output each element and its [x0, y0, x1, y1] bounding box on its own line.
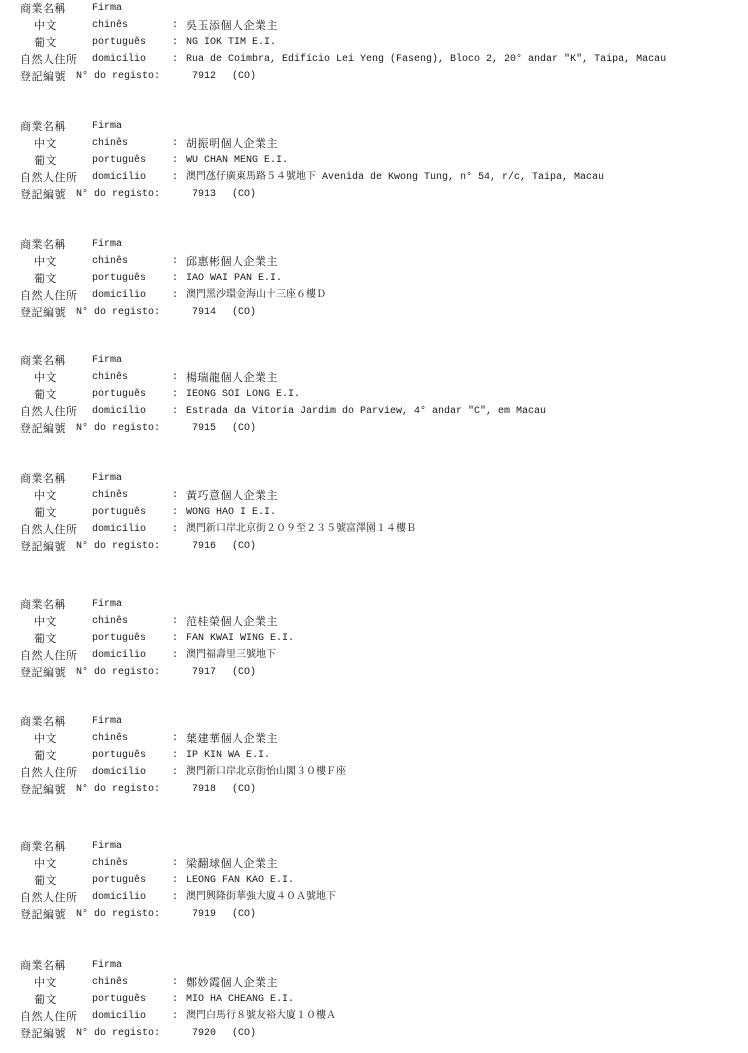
- domicile-label-pt: domicílio: [92, 169, 146, 186]
- chinese-label-pt: chinês: [92, 855, 128, 872]
- separator: :: [172, 974, 178, 991]
- registry-label-pt: N° do registo:: [76, 420, 160, 437]
- registry-tag: (CO): [232, 1025, 256, 1042]
- registry-row: 登記編號 N° do registo: 7914 (CO): [20, 304, 740, 321]
- registry-row: 登記編號 N° do registo: 7917 (CO): [20, 664, 740, 681]
- chinese-name-value: 梁翻球個人企業主: [186, 855, 278, 872]
- portuguese-label-pt: português: [92, 386, 146, 403]
- chinese-label-zh: 中文: [34, 855, 57, 872]
- separator: :: [172, 253, 178, 270]
- portuguese-label-zh: 葡文: [34, 270, 57, 287]
- chinese-name-row: 中文 chinês : 吳玉添個人企業主: [20, 17, 740, 34]
- portuguese-label-pt: português: [92, 152, 146, 169]
- registry-label-zh: 登記編號: [20, 420, 66, 437]
- domicile-label-zh: 自然人住所: [20, 1008, 78, 1025]
- registry-tag: (CO): [232, 420, 256, 437]
- registry-entry: 商業名稱 Firma 中文 chinês : 胡振明個人企業主 葡文 portu…: [20, 118, 740, 203]
- separator: :: [172, 1008, 178, 1025]
- registry-row: 登記編號 N° do registo: 7912 (CO): [20, 68, 740, 85]
- portuguese-name-row: 葡文 português : WU CHAN MENG E.I.: [20, 152, 740, 169]
- domicile-row: 自然人住所 domicílio : 澳門興隆街華強大廈４０Ａ號地下: [20, 889, 740, 906]
- chinese-name-row: 中文 chinês : 鄭妙霞個人企業主: [20, 974, 740, 991]
- separator: :: [172, 386, 178, 403]
- separator: :: [172, 169, 178, 186]
- registry-label-zh: 登記編號: [20, 304, 66, 321]
- domicile-label-zh: 自然人住所: [20, 403, 78, 420]
- portuguese-name-row: 葡文 português : FAN KWAI WING E.I.: [20, 630, 740, 647]
- registry-number: 7914: [192, 304, 216, 321]
- firm-label-pt: Firma: [92, 957, 122, 974]
- registry-entry: 商業名稱 Firma 中文 chinês : 楊瑞龍個人企業主 葡文 portu…: [20, 352, 740, 437]
- separator: :: [172, 152, 178, 169]
- firm-heading-row: 商業名稱 Firma: [20, 713, 740, 730]
- chinese-name-value: 鄭妙霞個人企業主: [186, 974, 278, 991]
- chinese-label-zh: 中文: [34, 487, 57, 504]
- registry-tag: (CO): [232, 906, 256, 923]
- registry-page: 商業名稱 Firma 中文 chinês : 吳玉添個人企業主 葡文 portu…: [0, 0, 748, 1053]
- firm-label-pt: Firma: [92, 838, 122, 855]
- registry-label-pt: N° do registo:: [76, 1025, 160, 1042]
- domicile-label-zh: 自然人住所: [20, 647, 78, 664]
- portuguese-name-value: WONG HAO I E.I.: [186, 504, 276, 521]
- domicile-row: 自然人住所 domicílio : 澳門福壽里三號地下: [20, 647, 740, 664]
- portuguese-name-value: IEONG SOI LONG E.I.: [186, 386, 300, 403]
- registry-entry: 商業名稱 Firma 中文 chinês : 黃巧意個人企業主 葡文 portu…: [20, 470, 740, 555]
- separator: :: [172, 613, 178, 630]
- firm-label-zh: 商業名稱: [20, 470, 66, 487]
- chinese-name-row: 中文 chinês : 黃巧意個人企業主: [20, 487, 740, 504]
- separator: :: [172, 991, 178, 1008]
- portuguese-name-value: IAO WAI PAN E.I.: [186, 270, 282, 287]
- firm-label-zh: 商業名稱: [20, 957, 66, 974]
- chinese-name-value: 范桂榮個人企業主: [186, 613, 278, 630]
- chinese-name-row: 中文 chinês : 楊瑞龍個人企業主: [20, 369, 740, 386]
- chinese-name-row: 中文 chinês : 葉建華個人企業主: [20, 730, 740, 747]
- portuguese-name-row: 葡文 português : MIO HA CHEANG E.I.: [20, 991, 740, 1008]
- portuguese-name-row: 葡文 português : IP KIN WA E.I.: [20, 747, 740, 764]
- domicile-label-zh: 自然人住所: [20, 169, 78, 186]
- registry-number: 7915: [192, 420, 216, 437]
- registry-row: 登記編號 N° do registo: 7913 (CO): [20, 186, 740, 203]
- registry-entry: 商業名稱 Firma 中文 chinês : 葉建華個人企業主 葡文 portu…: [20, 713, 740, 798]
- portuguese-label-zh: 葡文: [34, 504, 57, 521]
- portuguese-name-row: 葡文 português : IAO WAI PAN E.I.: [20, 270, 740, 287]
- portuguese-label-pt: português: [92, 630, 146, 647]
- portuguese-label-zh: 葡文: [34, 872, 57, 889]
- portuguese-label-pt: português: [92, 747, 146, 764]
- separator: :: [172, 855, 178, 872]
- registry-entry: 商業名稱 Firma 中文 chinês : 范桂榮個人企業主 葡文 portu…: [20, 596, 740, 681]
- domicile-label-pt: domicílio: [92, 287, 146, 304]
- domicile-value: 澳門黑沙環金海山十三座６樓Ｄ: [186, 287, 326, 304]
- separator: :: [172, 17, 178, 34]
- separator: :: [172, 647, 178, 664]
- registry-tag: (CO): [232, 68, 256, 85]
- chinese-name-row: 中文 chinês : 胡振明個人企業主: [20, 135, 740, 152]
- domicile-label-zh: 自然人住所: [20, 51, 78, 68]
- chinese-label-pt: chinês: [92, 369, 128, 386]
- chinese-label-zh: 中文: [34, 974, 57, 991]
- portuguese-name-value: IP KIN WA E.I.: [186, 747, 270, 764]
- registry-label-zh: 登記編號: [20, 664, 66, 681]
- separator: :: [172, 747, 178, 764]
- domicile-label-zh: 自然人住所: [20, 889, 78, 906]
- firm-label-pt: Firma: [92, 470, 122, 487]
- separator: :: [172, 521, 178, 538]
- firm-label-zh: 商業名稱: [20, 838, 66, 855]
- chinese-label-pt: chinês: [92, 974, 128, 991]
- domicile-row: 自然人住所 domicílio : 澳門黑沙環金海山十三座６樓Ｄ: [20, 287, 740, 304]
- firm-label-pt: Firma: [92, 118, 122, 135]
- chinese-label-pt: chinês: [92, 135, 128, 152]
- firm-heading-row: 商業名稱 Firma: [20, 236, 740, 253]
- portuguese-label-pt: português: [92, 872, 146, 889]
- portuguese-label-zh: 葡文: [34, 747, 57, 764]
- chinese-name-value: 葉建華個人企業主: [186, 730, 278, 747]
- registry-tag: (CO): [232, 781, 256, 798]
- chinese-label-zh: 中文: [34, 135, 57, 152]
- firm-label-zh: 商業名稱: [20, 352, 66, 369]
- separator: :: [172, 730, 178, 747]
- domicile-value: 澳門福壽里三號地下: [186, 647, 276, 664]
- registry-label-zh: 登記編號: [20, 781, 66, 798]
- chinese-label-pt: chinês: [92, 613, 128, 630]
- firm-label-zh: 商業名稱: [20, 0, 66, 17]
- separator: :: [172, 872, 178, 889]
- firm-label-zh: 商業名稱: [20, 713, 66, 730]
- firm-heading-row: 商業名稱 Firma: [20, 470, 740, 487]
- registry-row: 登記編號 N° do registo: 7918 (CO): [20, 781, 740, 798]
- firm-label-pt: Firma: [92, 352, 122, 369]
- separator: :: [172, 487, 178, 504]
- registry-label-zh: 登記編號: [20, 538, 66, 555]
- registry-tag: (CO): [232, 186, 256, 203]
- portuguese-label-pt: português: [92, 270, 146, 287]
- domicile-row: 自然人住所 domicílio : Rua de Coimbra, Edifíc…: [20, 51, 740, 68]
- chinese-name-value: 黃巧意個人企業主: [186, 487, 278, 504]
- domicile-row: 自然人住所 domicílio : 澳門白馬行８號友裕大廈１０樓Ａ: [20, 1008, 740, 1025]
- firm-label-zh: 商業名稱: [20, 236, 66, 253]
- chinese-name-value: 邱惠彬個人企業主: [186, 253, 278, 270]
- registry-label-pt: N° do registo:: [76, 906, 160, 923]
- registry-label-pt: N° do registo:: [76, 186, 160, 203]
- registry-entry: 商業名稱 Firma 中文 chinês : 吳玉添個人企業主 葡文 portu…: [20, 0, 740, 85]
- domicile-value: 澳門新口岸北京街怡山閣３０樓Ｆ座: [186, 764, 346, 781]
- domicile-label-pt: domicílio: [92, 764, 146, 781]
- portuguese-name-value: NG IOK TIM E.I.: [186, 34, 276, 51]
- registry-row: 登記編號 N° do registo: 7916 (CO): [20, 538, 740, 555]
- firm-label-pt: Firma: [92, 596, 122, 613]
- firm-heading-row: 商業名稱 Firma: [20, 0, 740, 17]
- chinese-label-pt: chinês: [92, 487, 128, 504]
- separator: :: [172, 34, 178, 51]
- portuguese-label-zh: 葡文: [34, 630, 57, 647]
- firm-label-zh: 商業名稱: [20, 118, 66, 135]
- registry-number: 7916: [192, 538, 216, 555]
- chinese-label-pt: chinês: [92, 253, 128, 270]
- registry-number: 7919: [192, 906, 216, 923]
- chinese-label-pt: chinês: [92, 730, 128, 747]
- firm-label-pt: Firma: [92, 0, 122, 17]
- registry-number: 7913: [192, 186, 216, 203]
- portuguese-label-pt: português: [92, 991, 146, 1008]
- domicile-value: Rua de Coimbra, Edifício Lei Yeng (Fasen…: [186, 51, 666, 68]
- registry-label-zh: 登記編號: [20, 906, 66, 923]
- registry-entry: 商業名稱 Firma 中文 chinês : 梁翻球個人企業主 葡文 portu…: [20, 838, 740, 923]
- separator: :: [172, 403, 178, 420]
- portuguese-label-pt: português: [92, 504, 146, 521]
- registry-label-zh: 登記編號: [20, 1025, 66, 1042]
- domicile-label-pt: domicílio: [92, 403, 146, 420]
- separator: :: [172, 889, 178, 906]
- chinese-label-zh: 中文: [34, 730, 57, 747]
- chinese-name-value: 吳玉添個人企業主: [186, 17, 278, 34]
- registry-label-pt: N° do registo:: [76, 68, 160, 85]
- portuguese-name-value: MIO HA CHEANG E.I.: [186, 991, 294, 1008]
- registry-number: 7918: [192, 781, 216, 798]
- registry-row: 登記編號 N° do registo: 7919 (CO): [20, 906, 740, 923]
- registry-tag: (CO): [232, 538, 256, 555]
- registry-label-pt: N° do registo:: [76, 664, 160, 681]
- portuguese-name-row: 葡文 português : NG IOK TIM E.I.: [20, 34, 740, 51]
- registry-tag: (CO): [232, 664, 256, 681]
- portuguese-label-zh: 葡文: [34, 991, 57, 1008]
- portuguese-label-zh: 葡文: [34, 152, 57, 169]
- chinese-name-row: 中文 chinês : 邱惠彬個人企業主: [20, 253, 740, 270]
- registry-number: 7912: [192, 68, 216, 85]
- firm-heading-row: 商業名稱 Firma: [20, 352, 740, 369]
- portuguese-name-row: 葡文 português : IEONG SOI LONG E.I.: [20, 386, 740, 403]
- domicile-label-pt: domicílio: [92, 1008, 146, 1025]
- portuguese-label-pt: português: [92, 34, 146, 51]
- portuguese-label-zh: 葡文: [34, 386, 57, 403]
- registry-number: 7920: [192, 1025, 216, 1042]
- domicile-label-zh: 自然人住所: [20, 287, 78, 304]
- registry-row: 登記編號 N° do registo: 7920 (CO): [20, 1025, 740, 1042]
- domicile-label-pt: domicílio: [92, 51, 146, 68]
- registry-tag: (CO): [232, 304, 256, 321]
- firm-label-pt: Firma: [92, 236, 122, 253]
- domicile-label-pt: domicílio: [92, 647, 146, 664]
- separator: :: [172, 504, 178, 521]
- portuguese-name-value: LEONG FAN KAO E.I.: [186, 872, 294, 889]
- separator: :: [172, 630, 178, 647]
- firm-heading-row: 商業名稱 Firma: [20, 118, 740, 135]
- chinese-name-value: 胡振明個人企業主: [186, 135, 278, 152]
- domicile-value: Estrada da Vitoria Jardim do Parview, 4°…: [186, 403, 546, 420]
- firm-heading-row: 商業名稱 Firma: [20, 957, 740, 974]
- separator: :: [172, 135, 178, 152]
- domicile-value: 澳門白馬行８號友裕大廈１０樓Ａ: [186, 1008, 336, 1025]
- chinese-label-zh: 中文: [34, 253, 57, 270]
- separator: :: [172, 369, 178, 386]
- domicile-label-zh: 自然人住所: [20, 521, 78, 538]
- chinese-name-row: 中文 chinês : 梁翻球個人企業主: [20, 855, 740, 872]
- domicile-label-pt: domicílio: [92, 889, 146, 906]
- chinese-label-pt: chinês: [92, 17, 128, 34]
- domicile-row: 自然人住所 domicílio : 澳門氹仔廣東馬路５４號地下 Avenida …: [20, 169, 740, 186]
- domicile-row: 自然人住所 domicílio : Estrada da Vitoria Jar…: [20, 403, 740, 420]
- registry-label-zh: 登記編號: [20, 186, 66, 203]
- separator: :: [172, 51, 178, 68]
- portuguese-name-row: 葡文 português : WONG HAO I E.I.: [20, 504, 740, 521]
- firm-label-pt: Firma: [92, 713, 122, 730]
- chinese-label-zh: 中文: [34, 613, 57, 630]
- chinese-label-zh: 中文: [34, 369, 57, 386]
- portuguese-name-value: FAN KWAI WING E.I.: [186, 630, 294, 647]
- registry-label-zh: 登記編號: [20, 68, 66, 85]
- chinese-name-value: 楊瑞龍個人企業主: [186, 369, 278, 386]
- chinese-label-zh: 中文: [34, 17, 57, 34]
- registry-label-pt: N° do registo:: [76, 538, 160, 555]
- firm-label-zh: 商業名稱: [20, 596, 66, 613]
- domicile-value: 澳門新口岸北京街２０９至２３５號富澤園１４樓Ｂ: [186, 521, 416, 538]
- domicile-value: 澳門興隆街華強大廈４０Ａ號地下: [186, 889, 336, 906]
- registry-row: 登記編號 N° do registo: 7915 (CO): [20, 420, 740, 437]
- separator: :: [172, 287, 178, 304]
- firm-heading-row: 商業名稱 Firma: [20, 838, 740, 855]
- registry-number: 7917: [192, 664, 216, 681]
- domicile-label-zh: 自然人住所: [20, 764, 78, 781]
- separator: :: [172, 270, 178, 287]
- chinese-name-row: 中文 chinês : 范桂榮個人企業主: [20, 613, 740, 630]
- registry-entry: 商業名稱 Firma 中文 chinês : 邱惠彬個人企業主 葡文 portu…: [20, 236, 740, 321]
- domicile-label-pt: domicílio: [92, 521, 146, 538]
- domicile-row: 自然人住所 domicílio : 澳門新口岸北京街怡山閣３０樓Ｆ座: [20, 764, 740, 781]
- registry-label-pt: N° do registo:: [76, 781, 160, 798]
- portuguese-name-row: 葡文 português : LEONG FAN KAO E.I.: [20, 872, 740, 889]
- registry-label-pt: N° do registo:: [76, 304, 160, 321]
- firm-heading-row: 商業名稱 Firma: [20, 596, 740, 613]
- registry-entry: 商業名稱 Firma 中文 chinês : 鄭妙霞個人企業主 葡文 portu…: [20, 957, 740, 1042]
- portuguese-name-value: WU CHAN MENG E.I.: [186, 152, 288, 169]
- portuguese-label-zh: 葡文: [34, 34, 57, 51]
- domicile-row: 自然人住所 domicílio : 澳門新口岸北京街２０９至２３５號富澤園１４樓…: [20, 521, 740, 538]
- separator: :: [172, 764, 178, 781]
- domicile-value: 澳門氹仔廣東馬路５４號地下 Avenida de Kwong Tung, n° …: [186, 169, 604, 186]
